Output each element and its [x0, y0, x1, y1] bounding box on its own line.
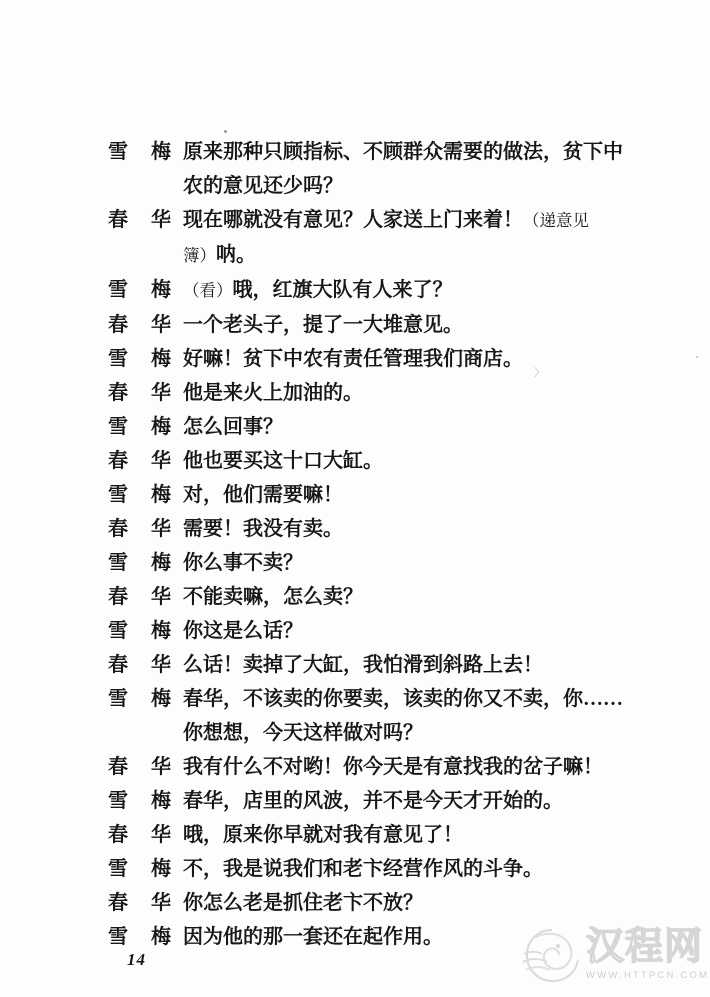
speaker-name: 春华	[108, 444, 183, 478]
speaker-name: 春华	[108, 580, 183, 614]
dialogue-line: 他也要买这十口大缸。	[183, 444, 383, 478]
dialogue-lines: 现在哪就没有意见？人家送上门来着！（递意见簿）呐。	[183, 203, 589, 273]
dialogue-text: 么话！卖掉了大缸，我怕滑到斜路上去！	[183, 654, 543, 676]
dialogue-lines: 他是来火上加油的。	[183, 376, 363, 410]
dialogue-entry: 雪梅春华，店里的风波，并不是今天才开始的。	[108, 784, 623, 818]
dialogue-text: 他是来火上加油的。	[183, 382, 363, 404]
speaker-name: 雪梅	[108, 784, 183, 818]
watermark: 汉程网 WWW.HTTPCN.COM	[520, 920, 710, 992]
speaker-name: 春华	[108, 648, 183, 682]
dialogue-text: 你想想，今天这样做对吗？	[183, 722, 423, 744]
dialogue-text: 你么事不卖？	[183, 552, 303, 574]
dialogue-text: 春华，不该卖的你要卖，该卖的你又不卖，你……	[183, 688, 623, 710]
speaker-name: 雪梅	[108, 478, 183, 512]
dialogue-text: 不，我是说我们和老卞经营作风的斗争。	[183, 858, 543, 880]
speaker-name: 春华	[108, 203, 183, 237]
watermark-text-block: 汉程网 WWW.HTTPCN.COM	[586, 920, 709, 981]
dialogue-line: 你怎么老是抓住老卞不放？	[183, 886, 423, 920]
dialogue-line: 对，他们需要嘛！	[183, 478, 343, 512]
speaker-name: 雪梅	[108, 546, 183, 580]
speaker-name: 雪梅	[108, 920, 183, 954]
speaker-name: 雪梅	[108, 273, 183, 307]
dialogue-line: 哦，原来你早就对我有意见了！	[183, 818, 463, 852]
scan-speck-top	[224, 130, 227, 133]
dialogue-lines: （看）哦，红旗大队有人来了？	[183, 273, 453, 308]
dialogue-lines: 一个老头子，提了一大堆意见。	[183, 308, 463, 342]
dialogue-lines: 原来那种只顾指标、不顾群众需要的做法，贫下中农的意见还少吗？	[183, 135, 623, 203]
dialogue-entry: 雪梅你这是么话？	[108, 614, 623, 648]
scanned-script-page: 雪梅原来那种只顾指标、不顾群众需要的做法，贫下中农的意见还少吗？春华现在哪就没有…	[0, 0, 710, 997]
dialogue-text: 哦，红旗大队有人来了？	[233, 279, 453, 301]
dialogue-entry: 春华一个老头子，提了一大堆意见。	[108, 308, 623, 342]
dialogue-text: 现在哪就没有意见？人家送上门来着！	[183, 209, 523, 231]
dialogue-entry: 雪梅春华，不该卖的你要卖，该卖的你又不卖，你……你想想，今天这样做对吗？	[108, 682, 623, 750]
dialogue-lines: 对，他们需要嘛！	[183, 478, 343, 512]
dialogue-entry: 春华现在哪就没有意见？人家送上门来着！（递意见簿）呐。	[108, 203, 623, 273]
dialogue-lines: 不，我是说我们和老卞经营作风的斗争。	[183, 852, 543, 886]
dialogue-text: 一个老头子，提了一大堆意见。	[183, 314, 463, 336]
dialogue-entry: 雪梅对，他们需要嘛！	[108, 478, 623, 512]
speaker-name: 雪梅	[108, 135, 183, 169]
scan-speck-right	[696, 356, 698, 358]
dialogue-text: 我有什么不对哟！你今天是有意找我的岔子嘛！	[183, 756, 603, 778]
dialogue-text: 春华，店里的风波，并不是今天才开始的。	[183, 790, 563, 812]
dialogue-lines: 你这是么话？	[183, 614, 303, 648]
page-number: 14	[127, 950, 146, 970]
speaker-name: 春华	[108, 818, 183, 852]
dialogue-line: 你想想，今天这样做对吗？	[183, 716, 623, 750]
dialogue-entry: 雪梅（看）哦，红旗大队有人来了？	[108, 273, 623, 308]
dialogue-entry: 雪梅怎么回事？	[108, 410, 623, 444]
stage-direction-text: （递意见	[523, 211, 589, 230]
dialogue-line: 簿）呐。	[183, 238, 589, 273]
dialogue-line: 原来那种只顾指标、不顾群众需要的做法，贫下中	[183, 135, 623, 169]
dialogue-entry: 春华不能卖嘛，怎么卖？	[108, 580, 623, 614]
dialogue-entry: 雪梅你么事不卖？	[108, 546, 623, 580]
dialogue-lines: 么话！卖掉了大缸，我怕滑到斜路上去！	[183, 648, 543, 682]
dialogue-lines: 春华，店里的风波，并不是今天才开始的。	[183, 784, 563, 818]
watermark-site-url: WWW.HTTPCN.COM	[586, 970, 709, 981]
dialogue-text: 需要！我没有卖。	[183, 518, 343, 540]
dialogue-entry: 雪梅不，我是说我们和老卞经营作风的斗争。	[108, 852, 623, 886]
dialogue-entry: 春华他也要买这十口大缸。	[108, 444, 623, 478]
dialogue-lines: 他也要买这十口大缸。	[183, 444, 383, 478]
dialogue-lines: 你怎么老是抓住老卞不放？	[183, 886, 423, 920]
dialogue-lines: 不能卖嘛，怎么卖？	[183, 580, 363, 614]
dialogue-line: 因为他的那一套还在起作用。	[183, 920, 443, 954]
dialogue-lines: 你么事不卖？	[183, 546, 303, 580]
dialogue-text: 他也要买这十口大缸。	[183, 450, 383, 472]
watermark-site-name: 汉程网	[586, 926, 703, 968]
speaker-name: 雪梅	[108, 852, 183, 886]
dialogue-line: 好嘛！贫下中农有责任管理我们商店。	[183, 342, 523, 376]
dialogue-entry: 雪梅原来那种只顾指标、不顾群众需要的做法，贫下中农的意见还少吗？	[108, 135, 623, 203]
dialogue-line: 一个老头子，提了一大堆意见。	[183, 308, 463, 342]
dialogue-list: 雪梅原来那种只顾指标、不顾群众需要的做法，贫下中农的意见还少吗？春华现在哪就没有…	[108, 135, 623, 954]
speaker-name: 雪梅	[108, 682, 183, 716]
dialogue-entry: 春华需要！我没有卖。	[108, 512, 623, 546]
dialogue-entry: 春华他是来火上加油的。	[108, 376, 623, 410]
dialogue-text: 原来那种只顾指标、不顾群众需要的做法，贫下中	[183, 141, 623, 163]
dialogue-text: 怎么回事？	[183, 416, 283, 438]
dialogue-line: 不能卖嘛，怎么卖？	[183, 580, 363, 614]
speaker-name: 春华	[108, 512, 183, 546]
dialogue-line: 他是来火上加油的。	[183, 376, 363, 410]
dialogue-text: 你怎么老是抓住老卞不放？	[183, 892, 423, 914]
speaker-name: 春华	[108, 308, 183, 342]
dialogue-entry: 雪梅好嘛！贫下中农有责任管理我们商店。	[108, 342, 623, 376]
dialogue-line: 春华，店里的风波，并不是今天才开始的。	[183, 784, 563, 818]
dialogue-lines: 需要！我没有卖。	[183, 512, 343, 546]
dialogue-text: 你这是么话？	[183, 620, 303, 642]
stage-direction-text: 簿）	[183, 246, 216, 265]
dialogue-lines: 哦，原来你早就对我有意见了！	[183, 818, 463, 852]
dialogue-line: 我有什么不对哟！你今天是有意找我的岔子嘛！	[183, 750, 603, 784]
dialogue-entry: 春华你怎么老是抓住老卞不放？	[108, 886, 623, 920]
dialogue-text: 因为他的那一套还在起作用。	[183, 926, 443, 948]
dialogue-line: 春华，不该卖的你要卖，该卖的你又不卖，你……	[183, 682, 623, 716]
dialogue-entry: 春华么话！卖掉了大缸，我怕滑到斜路上去！	[108, 648, 623, 682]
dialogue-line: 么话！卖掉了大缸，我怕滑到斜路上去！	[183, 648, 543, 682]
dialogue-text: 好嘛！贫下中农有责任管理我们商店。	[183, 348, 523, 370]
dialogue-text: 对，他们需要嘛！	[183, 484, 343, 506]
speaker-name: 春华	[108, 886, 183, 920]
dialogue-line: 现在哪就没有意见？人家送上门来着！（递意见	[183, 203, 589, 238]
dialogue-line: 农的意见还少吗？	[183, 169, 623, 203]
scan-speck-angle: 〉	[534, 364, 545, 380]
hancheng-swirl-logo-icon	[520, 924, 584, 988]
dialogue-lines: 怎么回事？	[183, 410, 283, 444]
dialogue-line: 你么事不卖？	[183, 546, 303, 580]
dialogue-line: 你这是么话？	[183, 614, 303, 648]
dialogue-text: 不能卖嘛，怎么卖？	[183, 586, 363, 608]
dialogue-lines: 我有什么不对哟！你今天是有意找我的岔子嘛！	[183, 750, 603, 784]
speaker-name: 春华	[108, 376, 183, 410]
dialogue-lines: 因为他的那一套还在起作用。	[183, 920, 443, 954]
dialogue-line: 怎么回事？	[183, 410, 283, 444]
speaker-name: 雪梅	[108, 410, 183, 444]
speaker-name: 雪梅	[108, 614, 183, 648]
dialogue-lines: 好嘛！贫下中农有责任管理我们商店。	[183, 342, 523, 376]
dialogue-entry: 春华哦，原来你早就对我有意见了！	[108, 818, 623, 852]
dialogue-text: 农的意见还少吗？	[183, 175, 343, 197]
speaker-name: 雪梅	[108, 342, 183, 376]
dialogue-line: （看）哦，红旗大队有人来了？	[183, 273, 453, 308]
speaker-name: 春华	[108, 750, 183, 784]
stage-direction-text: （看）	[183, 281, 233, 300]
dialogue-line: 不，我是说我们和老卞经营作风的斗争。	[183, 852, 543, 886]
dialogue-lines: 春华，不该卖的你要卖，该卖的你又不卖，你……你想想，今天这样做对吗？	[183, 682, 623, 750]
dialogue-entry: 春华我有什么不对哟！你今天是有意找我的岔子嘛！	[108, 750, 623, 784]
dialogue-text: 哦，原来你早就对我有意见了！	[183, 824, 463, 846]
dialogue-line: 需要！我没有卖。	[183, 512, 343, 546]
dialogue-text: 呐。	[216, 244, 256, 266]
